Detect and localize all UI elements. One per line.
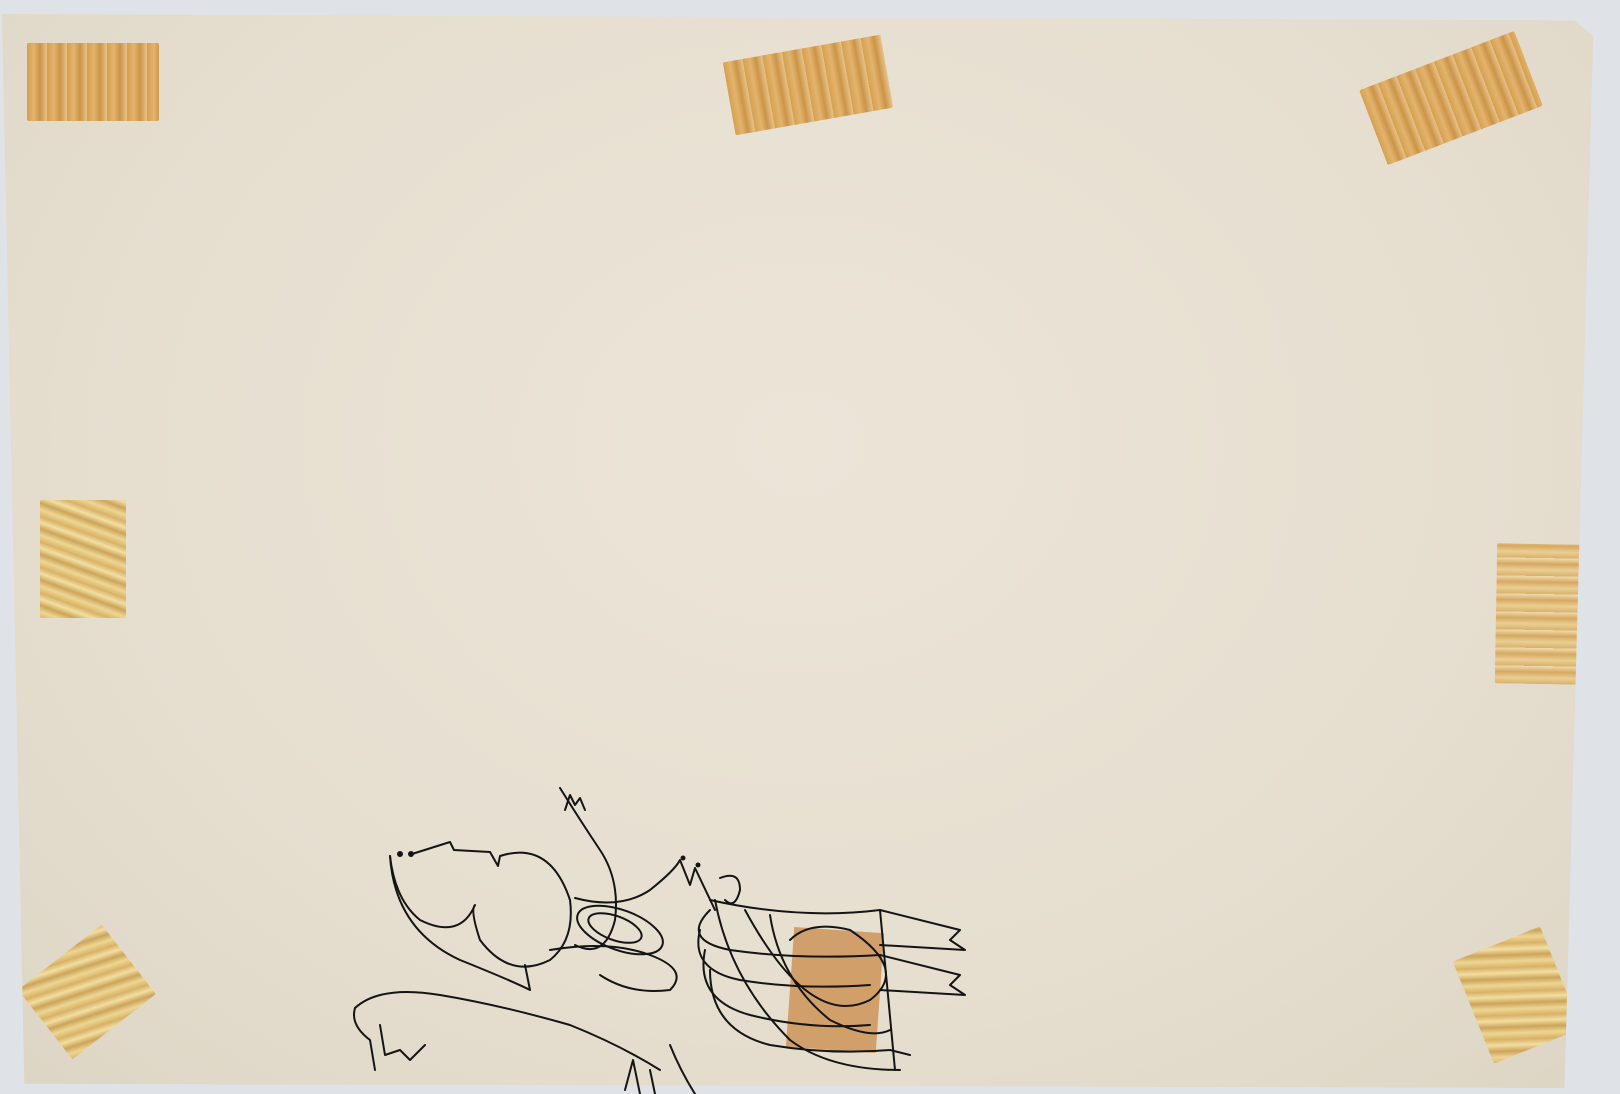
tape-middle-left bbox=[40, 500, 126, 618]
tape-bottom-right bbox=[1453, 926, 1581, 1063]
tape-top-right bbox=[1359, 31, 1543, 165]
ink-drawing bbox=[350, 780, 1000, 1094]
tape-bottom-left bbox=[18, 925, 156, 1060]
tape-top-center bbox=[723, 35, 893, 136]
tape-top-left bbox=[27, 43, 159, 121]
tape-middle-right bbox=[1495, 543, 1583, 684]
